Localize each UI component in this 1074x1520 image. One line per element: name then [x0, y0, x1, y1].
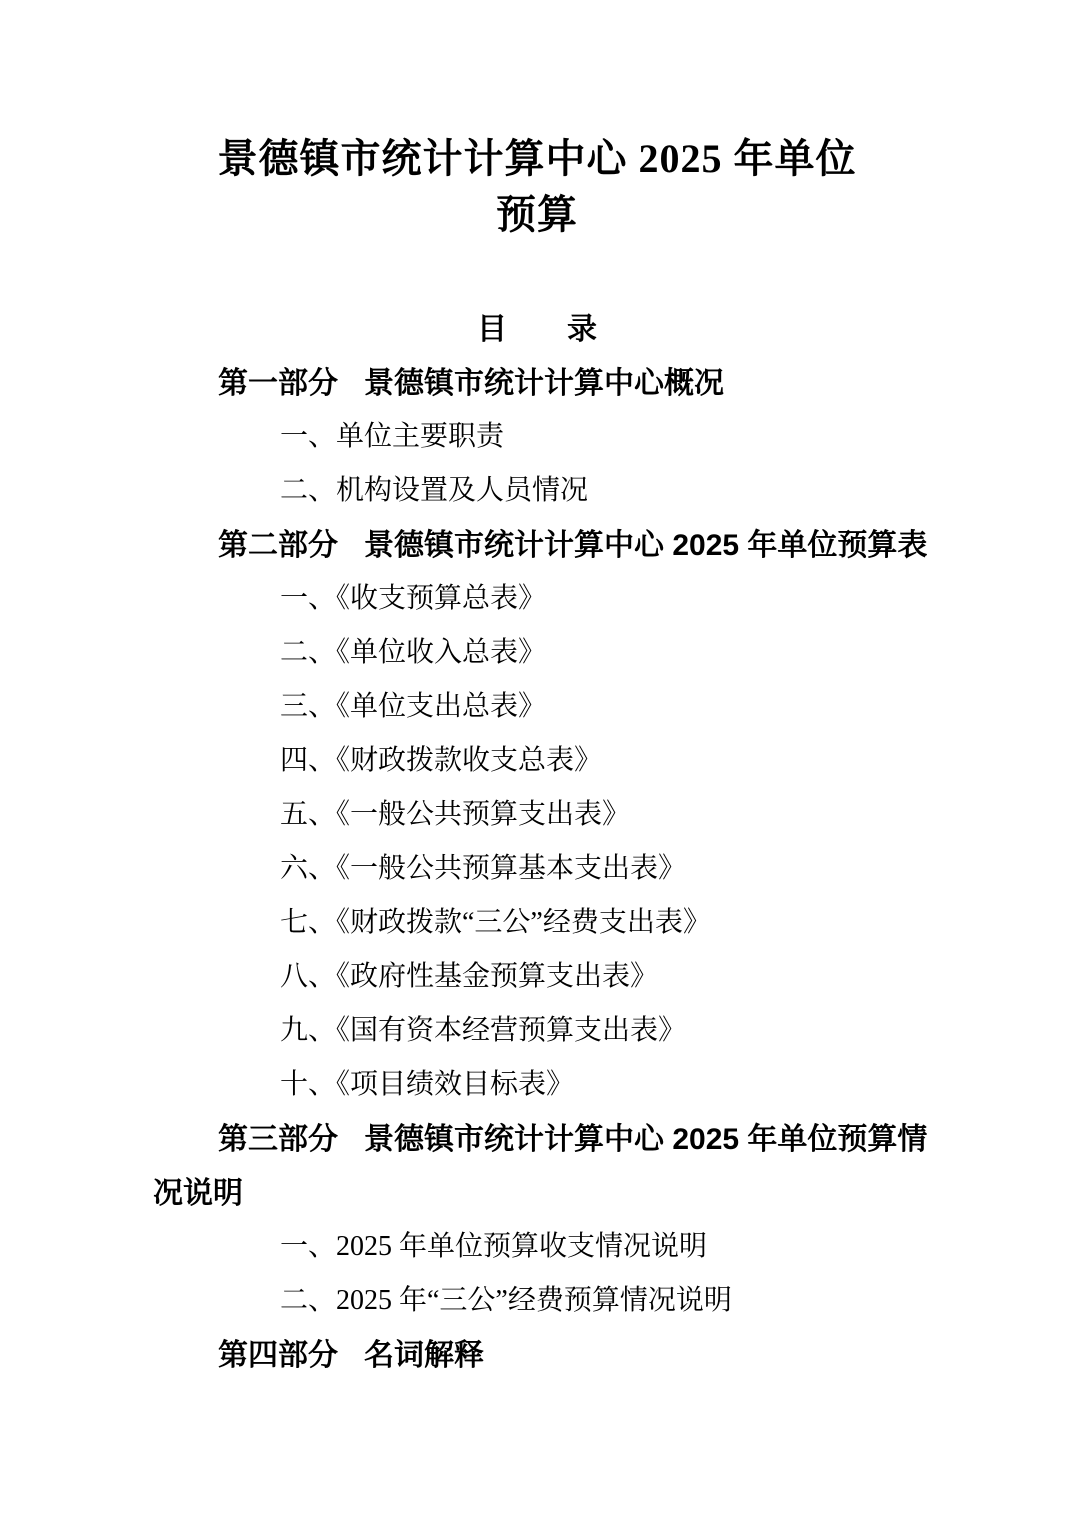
- toc-item: 三、《单位支出总表》: [153, 677, 921, 731]
- toc-item: 八、《政府性基金预算支出表》: [153, 947, 921, 1001]
- part-1-title: 景德镇市统计计算中心概况: [364, 358, 724, 402]
- part-2-label: 第二部分: [218, 520, 338, 564]
- toc-item: 二、机构设置及人员情况: [153, 461, 921, 515]
- part-2-title: 景德镇市统计计算中心 2025 年单位预算表: [364, 520, 927, 564]
- toc-item: 六、《一般公共预算基本支出表》: [153, 839, 921, 893]
- document-title: 景德镇市统计计算中心 2025 年单位 预算: [153, 131, 921, 243]
- part-4-title: 名词解释: [364, 1330, 484, 1374]
- toc-item: 二、《单位收入总表》: [153, 623, 921, 677]
- document-content: 景德镇市统计计算中心 2025 年单位 预算 目 录 第一部分 景德镇市统计计算…: [0, 131, 1074, 1379]
- toc-heading: 目 录: [153, 299, 921, 353]
- toc-part-4-heading: 第四部分 名词解释: [153, 1325, 921, 1379]
- part-1-label: 第一部分: [218, 358, 338, 402]
- document-page: 景德镇市统计计算中心 2025 年单位 预算 目 录 第一部分 景德镇市统计计算…: [0, 0, 1074, 1520]
- toc-item: 一、《收支预算总表》: [153, 569, 921, 623]
- toc-part-3-heading-line-1: 第三部分 景德镇市统计计算中心 2025 年单位预算情: [153, 1109, 921, 1163]
- toc-item: 一、2025 年单位预算收支情况说明: [153, 1217, 921, 1271]
- toc-item: 十、《项目绩效目标表》: [153, 1055, 921, 1109]
- document-title-line-1: 景德镇市统计计算中心 2025 年单位: [153, 131, 921, 187]
- toc-item: 七、《财政拨款“三公”经费支出表》: [153, 893, 921, 947]
- toc-part-3-heading-line-2: 况说明: [153, 1163, 921, 1217]
- part-4-label: 第四部分: [218, 1330, 338, 1374]
- part-3-label: 第三部分: [218, 1114, 338, 1158]
- toc-item: 九、《国有资本经营预算支出表》: [153, 1001, 921, 1055]
- toc-item: 一、单位主要职责: [153, 407, 921, 461]
- toc-item: 二、2025 年“三公”经费预算情况说明: [153, 1271, 921, 1325]
- toc-item: 四、《财政拨款收支总表》: [153, 731, 921, 785]
- document-title-line-2: 预算: [153, 187, 921, 243]
- part-3-title-line-1: 景德镇市统计计算中心 2025 年单位预算情: [364, 1114, 927, 1158]
- toc-part-1-heading: 第一部分 景德镇市统计计算中心概况: [153, 353, 921, 407]
- toc-item: 五、《一般公共预算支出表》: [153, 785, 921, 839]
- toc-part-2-heading: 第二部分 景德镇市统计计算中心 2025 年单位预算表: [153, 515, 921, 569]
